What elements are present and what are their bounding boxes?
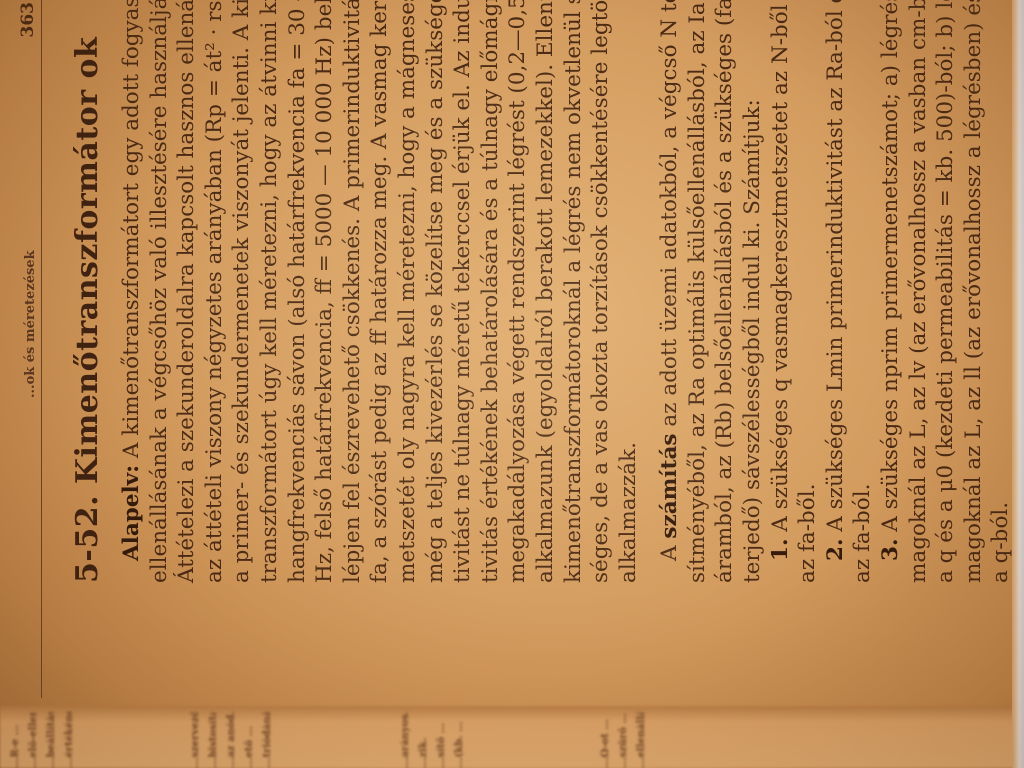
text-line: 2. A szükséges Lmin primerinduktivitást … xyxy=(822,3,850,583)
facing-page-line: ...Ω-ot ... xyxy=(600,712,611,768)
text-line: 3. A szükséges nprim primermenetszámot; … xyxy=(877,3,905,583)
text-line: Áttételezi a szekunderoldalra kapcsolt h… xyxy=(173,3,201,583)
text-line: alkalmazzák. xyxy=(615,3,643,583)
text-line: megakadályozása végett rendszerint légré… xyxy=(504,3,532,583)
bold-lead: Alapelv: xyxy=(119,465,144,561)
facing-page-line: ...ellenállás... xyxy=(636,712,647,768)
text-line: sítményéből, az Ra optimális külsőellená… xyxy=(684,3,712,583)
text-line: metszetét oly nagyra kell méretezni, hog… xyxy=(394,3,422,583)
bold-word: számítás xyxy=(657,433,682,538)
facing-page-column: ...Ω-ot ......szűrő ......ellenállás... xyxy=(600,712,647,768)
text-line: kimenőtranszformátoroknál a légrés nem o… xyxy=(560,3,588,583)
facing-page: ...R-e ......elő-ellenállás......beállít… xyxy=(0,706,1024,768)
facing-page-line: ...elő-ellenállás... xyxy=(28,712,39,768)
bold-lead: 2. xyxy=(823,539,848,561)
text-line: séges, de a vas okozta torzítások csökke… xyxy=(587,3,615,583)
section-number: 5-52. xyxy=(70,495,105,583)
text-line: alkalmazunk (egyoldalról berakott lemeze… xyxy=(532,3,560,583)
bold-lead: 3. xyxy=(878,539,903,561)
text-line: lépjen fel észrevehető csökkenés. A prim… xyxy=(339,3,367,583)
facing-page-line: ...szerveződő... xyxy=(190,712,201,768)
text-line: áramból, az (Rb) belsőellenállásból és a… xyxy=(711,3,739,583)
text-line: Hz, felső határfrekvencia, ff = 5000 — 1… xyxy=(311,3,339,583)
page-number: 363 xyxy=(18,0,38,38)
facing-page-line: ...R-e ... xyxy=(10,712,21,768)
text-line: az áttételi viszony négyzetes arányában … xyxy=(201,3,229,583)
text-line: az fa-ből. xyxy=(794,3,822,583)
text-line: tivitást ne túlnagy méretű tekerccsel ér… xyxy=(449,3,477,583)
text-line: tivitás értékének behatárolására és a tú… xyxy=(477,3,505,583)
section-title: Kimenőtranszformátor ok xyxy=(70,37,105,484)
book-page: ...ok és méretezések 363 5-52. Kimenőtra… xyxy=(8,0,938,698)
facing-page-line: ...triódánál... xyxy=(262,712,273,768)
facing-page-line: ...(kb. ... xyxy=(454,712,465,768)
facing-page-line: ...bistosítani... xyxy=(208,712,219,768)
text-line: a q és a μ0 (kezdeti permeabilitás = kb.… xyxy=(932,3,960,583)
text-line: fa, a szórást pedig az ff határozza meg.… xyxy=(366,3,394,583)
text-line: transzformátort úgy kell méretezni, hogy… xyxy=(256,3,284,583)
text-line: magoknál az L, az ll (az erővonalhossz a… xyxy=(960,3,988,583)
text-line: A számítás az adott üzemi adatokból, a v… xyxy=(656,3,684,583)
text-line: magoknál az L, az lv (az erővonalhossz a… xyxy=(905,3,933,583)
text-line: még a teljes kivezérlés se közelítse meg… xyxy=(422,3,450,583)
facing-page-column: ...R-e ......elő-ellenállás......beállít… xyxy=(10,712,75,768)
text-line: 1. A szükséges q vasmagkeresztmetszetet … xyxy=(767,3,795,583)
facing-page-line: ...sítő ... xyxy=(436,712,447,768)
body-text: Alapelv: A kimenőtranszformátort egy ado… xyxy=(118,3,1024,583)
text-line: terjedő) sávszélességből indul ki. Számí… xyxy=(739,3,767,583)
facing-page-line: ...ető ... xyxy=(244,712,255,768)
book-photo: ...ok és méretezések 363 5-52. Kimenőtra… xyxy=(0,0,1024,768)
facing-page-line: ...beállítás... xyxy=(46,712,57,768)
running-title: ...ok és méretezések xyxy=(23,250,38,698)
facing-page-line: ...az anód... xyxy=(226,712,237,768)
facing-page-column: ...arányos......zik....sítő ......(kb. .… xyxy=(400,712,465,768)
facing-page-column: ...szerveződő......bistosítani......az a… xyxy=(190,712,273,768)
facing-page-line: ...szűrő ... xyxy=(618,712,629,768)
text-line: hangfrekvenciás sávon (alsó határfrekven… xyxy=(284,3,312,583)
text-line: a q-ból. xyxy=(987,3,1015,583)
page-edge xyxy=(1012,0,1024,768)
text-line: az fa-ból. xyxy=(849,3,877,583)
bold-lead: 1. xyxy=(768,539,793,561)
text-line: ellenállásának a végcsőhöz való illeszté… xyxy=(146,3,174,583)
running-head: ...ok és méretezések 363 xyxy=(8,0,42,698)
facing-page-line: ...zik. xyxy=(418,712,429,768)
text-line: a primer- és szekundermenetek viszonyát … xyxy=(228,3,256,583)
section-heading: 5-52. Kimenőtranszformátor ok xyxy=(70,37,105,583)
facing-page-line: ...értékének... xyxy=(64,712,75,768)
facing-page-line: ...arányos... xyxy=(400,712,411,768)
text-line: Alapelv: A kimenőtranszformátort egy ado… xyxy=(118,3,146,583)
